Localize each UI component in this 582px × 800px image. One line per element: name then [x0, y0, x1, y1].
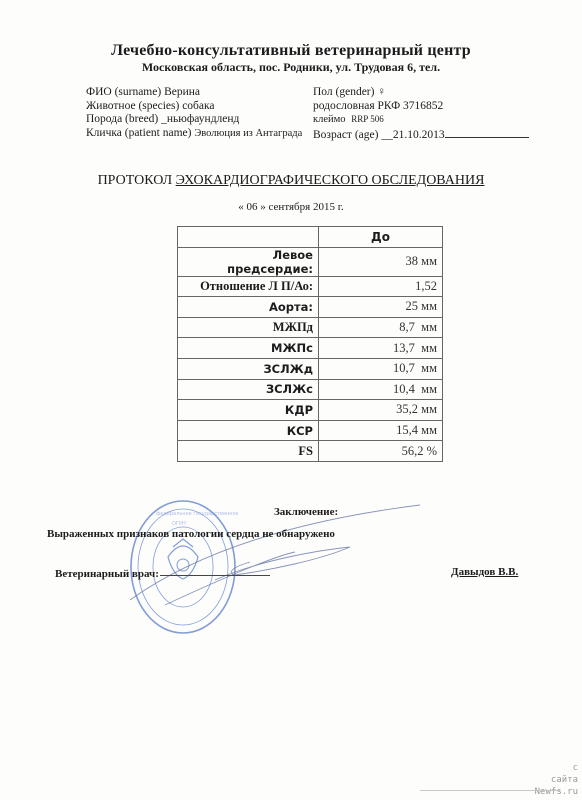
breed: Порода (breed) _ньюфаундленд	[86, 113, 302, 127]
age: Возраст (age) __21.10.2013	[313, 127, 529, 143]
site-watermark: с сайта Newfs.ru	[535, 762, 578, 798]
parameter-label: Аорта:	[178, 297, 319, 318]
table-row: Аорта:25 мм	[178, 297, 443, 318]
echo-results-table: До Левое предсердие:38 ммОтношение Л П/А…	[177, 226, 443, 462]
table-row: КСР15,4 мм	[178, 420, 443, 441]
table-row: МЖПд8,7 мм	[178, 317, 443, 338]
parameter-label: КДР	[178, 400, 319, 421]
parameter-value: 35,2 мм	[319, 400, 443, 421]
table-row: Левое предсердие:38 мм	[178, 247, 443, 276]
pedigree: родословная РКФ 3716852	[313, 100, 529, 114]
parameter-label: Отношение Л П/Ао:	[178, 276, 319, 297]
parameter-value: 10,4 мм	[319, 379, 443, 400]
handwritten-signature	[120, 500, 420, 610]
parameter-label: ЗСЛЖс	[178, 379, 319, 400]
conclusion-title: Заключение:	[274, 506, 338, 518]
parameter-value: 56,2 %	[319, 441, 443, 462]
table-header-label	[178, 227, 319, 248]
species: Животное (species) собака	[86, 100, 302, 114]
table-row: FS56,2 %	[178, 441, 443, 462]
watermark-line	[420, 790, 560, 791]
gender: Пол (gender) ♀	[313, 86, 529, 100]
table-row: ЗСЛЖс10,4 мм	[178, 379, 443, 400]
parameter-value: 13,7 мм	[319, 338, 443, 359]
parameter-label: ЗСЛЖд	[178, 358, 319, 379]
protocol-title: ПРОТОКОЛ ЭХОКАРДИОГРАФИЧЕСКОГО ОБСЛЕДОВА…	[0, 173, 582, 189]
table-row: МЖПс13,7 мм	[178, 338, 443, 359]
veterinarian-label: Ветеринарный врач:	[55, 568, 159, 580]
clinic-address: Московская область, пос. Родники, ул. Тр…	[0, 60, 582, 75]
parameter-value: 38 мм	[319, 247, 443, 276]
parameter-value: 1,52	[319, 276, 443, 297]
patient-info-left: ФИО (surname) Верина Животное (species) …	[86, 86, 302, 140]
parameter-value: 10,7 мм	[319, 358, 443, 379]
table-row: Отношение Л П/Ао:1,52	[178, 276, 443, 297]
patient-name: Кличка (patient name) Эволюция из Антагр…	[86, 127, 302, 141]
parameter-value: 15,4 мм	[319, 420, 443, 441]
female-symbol-icon: ♀	[377, 86, 386, 98]
table-header-row: До	[178, 227, 443, 248]
table-header-before: До	[319, 227, 443, 248]
parameter-value: 25 мм	[319, 297, 443, 318]
table-row: КДР35,2 мм	[178, 400, 443, 421]
owner-surname: ФИО (surname) Верина	[86, 86, 302, 100]
parameter-label: Левое предсердие:	[178, 247, 319, 276]
exam-date: « 06 » сентября 2015 г.	[0, 201, 582, 213]
parameter-value: 8,7 мм	[319, 317, 443, 338]
parameter-label: МЖПс	[178, 338, 319, 359]
parameter-label: КСР	[178, 420, 319, 441]
conclusion-text: Выраженных признаков патологии сердца не…	[47, 528, 335, 540]
table-row: ЗСЛЖд10,7 мм	[178, 358, 443, 379]
patient-info-right: Пол (gender) ♀ родословная РКФ 3716852 к…	[313, 86, 529, 142]
parameter-label: МЖПд	[178, 317, 319, 338]
clinic-title: Лечебно-консультативный ветеринарный цен…	[0, 42, 582, 60]
parameter-label: FS	[178, 441, 319, 462]
veterinarian-name: Давыдов В.В.	[451, 566, 518, 578]
signature-line	[160, 575, 270, 576]
tattoo: клеймо RRP 506	[313, 113, 529, 127]
